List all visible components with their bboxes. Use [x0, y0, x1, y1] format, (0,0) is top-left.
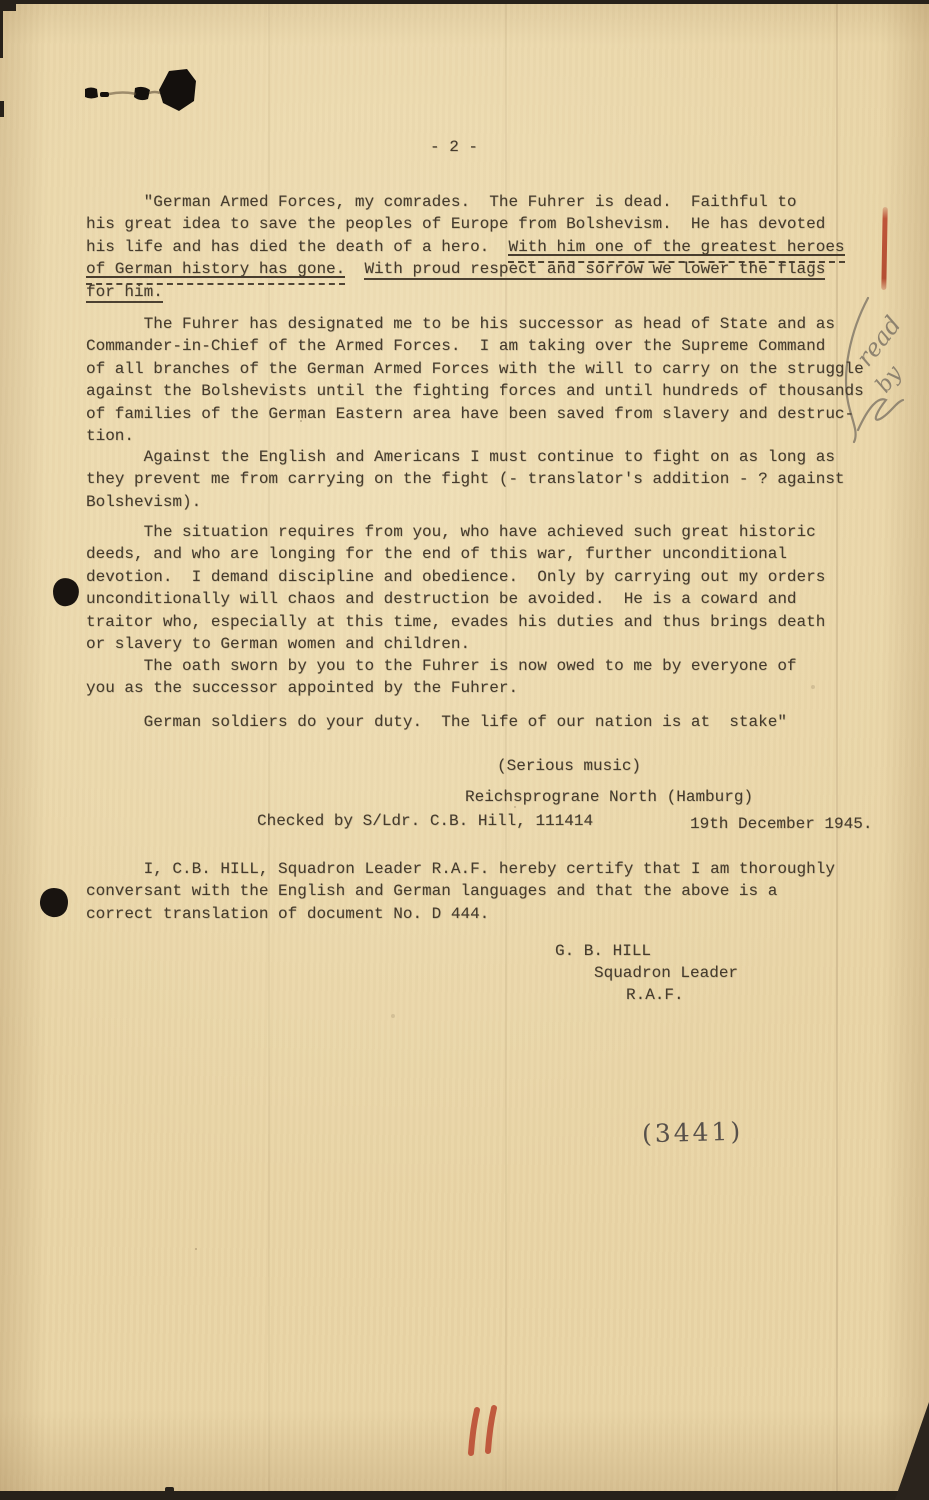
punch-hole: [51, 576, 81, 607]
paragraph-duty: German soldiers do your duty. The life o…: [86, 711, 918, 733]
stage-direction-serious-music: (Serious music): [497, 755, 641, 777]
checked-by-line: Checked by S/Ldr. C.B. Hill, 111414: [257, 810, 593, 832]
date-line: 19th December 1945.: [690, 813, 872, 835]
scan-edge-left: [0, 0, 3, 58]
handwritten-reference-number: (3441): [642, 1117, 744, 1149]
ink-stain: [80, 65, 200, 115]
signature-name: G. B. HILL: [555, 940, 651, 962]
scan-corner-tear: [891, 1402, 929, 1500]
paragraph-speech-opening: "German Armed Forces, my comrades. The F…: [86, 191, 918, 303]
paragraph-discipline: The situation requires from you, who hav…: [86, 521, 918, 655]
handwritten-mark-11: 11: [461, 1405, 501, 1457]
document-page: read by - 2 - "German Armed Forces, my c…: [0, 0, 929, 1500]
paragraph-english-americans: Against the English and Americans I must…: [86, 446, 918, 513]
scan-edge-bottom-mark: [165, 1487, 174, 1493]
page-number: - 2 -: [430, 136, 478, 158]
signature-service: R.A.F.: [626, 984, 684, 1006]
scan-edge-bottom: [0, 1491, 929, 1500]
scan-edge-top: [0, 0, 929, 4]
paragraph-oath: The oath sworn by you to the Fuhrer is n…: [86, 655, 918, 700]
signature-rank: Squadron Leader: [594, 962, 738, 984]
paragraph-successor: The Fuhrer has designated me to be his s…: [86, 313, 918, 447]
certification-statement: I, C.B. HILL, Squadron Leader R.A.F. her…: [86, 858, 918, 925]
punch-hole: [37, 886, 70, 920]
programme-source: Reichsprograne North (Hamburg): [465, 786, 753, 808]
scan-edge-left-notch: [0, 101, 4, 117]
